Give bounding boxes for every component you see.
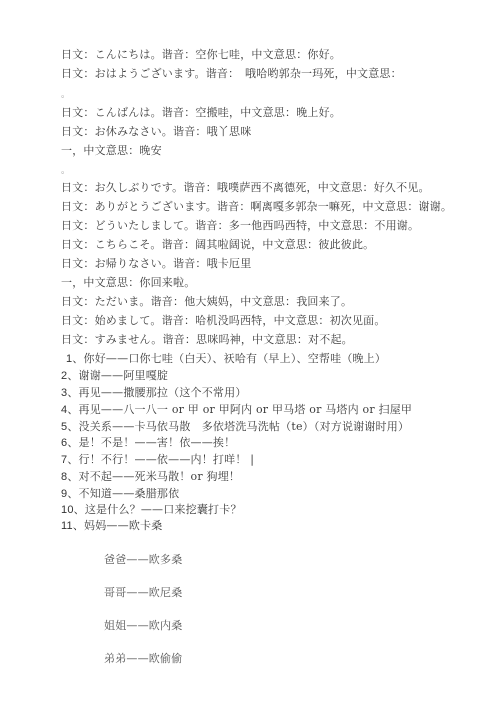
document-page: 日文：こんにちは。谐音：空你七哇，中文意思：你好。 日文：おはようございます。谐…: [0, 0, 500, 708]
family-term: 爸爸——欧多桑: [104, 553, 182, 567]
greeting-line: 。: [61, 88, 70, 102]
family-term: 姐姐——欧内桑: [104, 619, 182, 633]
greeting-line: 日文：どういたしまして。谐音：多一他西吗西特，中文意思：不用谢。: [61, 219, 419, 233]
phrase-item: 3、再见——撒腰那拉（这个不常用）: [61, 386, 247, 400]
greeting-line: 日文：おはようございます。谐音： 哦哈哟郭杂一玛死，中文意思：: [61, 67, 402, 81]
greeting-line: 日文：お久しぶりです。谐音：哦噗萨西不离德死，中文意思：好久不见。: [61, 181, 430, 195]
greeting-line: 日文：すみません。谐音：思咪吗神，中文意思：对不起。: [61, 333, 353, 347]
greeting-line: 日文：こんばんは。谐音：空搬哇，中文意思：晚上好。: [61, 106, 341, 120]
phrase-item: 1、你好——口你七哇（白天）、祆哈有（早上）、空帮哇（晚上）: [66, 352, 386, 366]
greeting-line: 日文：ありがとうございます。谐音：啊离嘎多郭杂一嘛死，中文意思：谢谢。: [61, 200, 452, 214]
family-term: 弟弟——欧偷偷: [104, 652, 182, 666]
greeting-line: 日文：こちらこそ。谐音：阔其啦阔说，中文意思：彼此彼此。: [61, 238, 374, 252]
phrase-item: 8、对不起——死米马散！or 狗埋！: [61, 470, 240, 484]
greeting-line: 日文：お帰りなさい。谐音：哦卡厄里: [61, 257, 251, 271]
greeting-line: 一，中文意思：你回来啦。: [61, 276, 195, 290]
phrase-item: 10、这是什么？——口来挖囊打卡？: [61, 503, 242, 517]
greeting-line: 日文：お休みなさい。谐音：哦丫思咪: [61, 125, 251, 139]
phrase-item: 7、行！不行！——依——内！打咩！ |: [61, 453, 254, 467]
phrase-item: 9、不知道——桑腊那依: [61, 487, 179, 501]
greeting-line: 日文：始めまして。谐音：哈机没吗西特，中文意思：初次见面。: [61, 314, 386, 328]
greeting-line: 一，中文意思：晚安: [61, 144, 162, 158]
family-term: 哥哥——欧尼桑: [104, 586, 182, 600]
phrase-item: 4、再见——八一八一 or 甲 or 甲阿内 or 甲马塔 or 马塔内 or …: [61, 403, 412, 417]
greeting-line: 日文：こんにちは。谐音：空你七哇，中文意思：你好。: [61, 48, 341, 62]
phrase-item: 11、妈妈——欧卡桑: [61, 519, 162, 533]
phrase-item: 2、谢谢——阿里嘎腚: [61, 369, 168, 383]
greeting-line: 。: [61, 164, 70, 178]
greeting-line: 日文：ただいま。谐音：他大姨妈，中文意思：我回来了。: [61, 295, 352, 309]
phrase-item: 5、没关系——卡马依马散 多依塔洗马洗帖（te）（对方说谢谢时用）: [61, 420, 409, 434]
phrase-item: 6、是！不是！——害！依——挨！: [61, 436, 235, 450]
